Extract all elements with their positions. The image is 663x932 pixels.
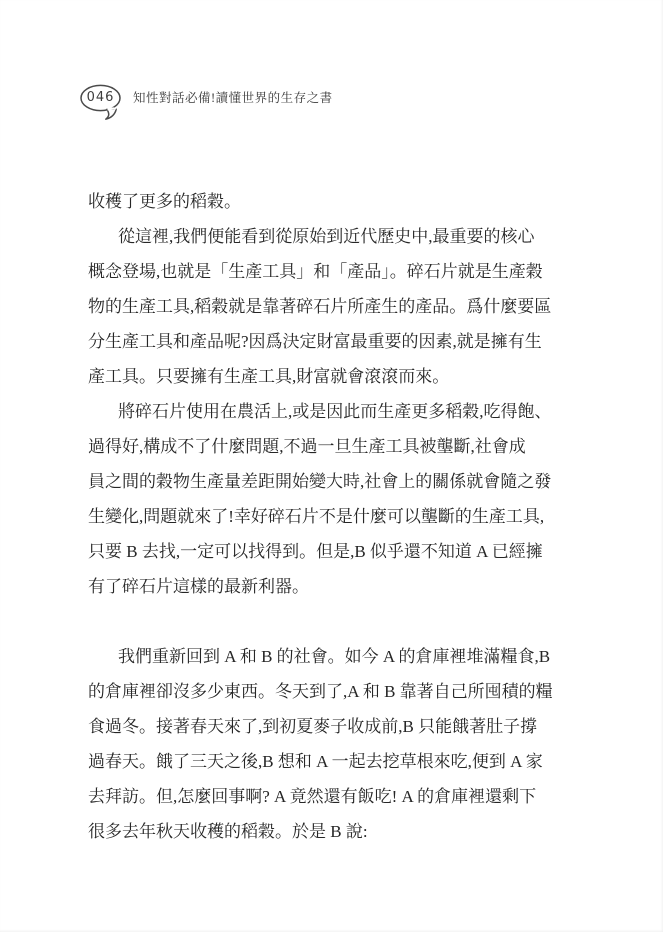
text-line: 概念登場,也就是「生產工具」和「產品」。碎石片就是生產穀 (88, 254, 598, 289)
text-line: 過得好,構成不了什麼問題,不過一旦生產工具被壟斷,社會成 (88, 429, 598, 464)
body-text: 收穫了更多的稻穀。 從這裡,我們便能看到從原始到近代歷史中,最重要的核心 概念登… (88, 184, 598, 849)
text-line: 的倉庫裡卻沒多少東西。冬天到了,A 和 B 靠著自己所囤積的糧 (88, 674, 598, 709)
text-line: 分生產工具和產品呢?因爲決定財富最重要的因素,就是擁有生 (88, 324, 598, 359)
text-line: 生變化,問題就來了!幸好碎石片不是什麼可以壟斷的生產工具, (88, 499, 598, 534)
book-title: 知性對話必備!讀懂世界的生存之書 (133, 84, 333, 112)
text-line: 產工具。只要擁有生產工具,財富就會滾滾而來。 (88, 359, 598, 394)
text-line: 我們重新回到 A 和 B 的社會。如今 A 的倉庫裡堆滿糧食,B (88, 639, 598, 674)
page-header: 046 知性對話必備!讀懂世界的生存之書 (80, 84, 333, 124)
paragraph-break (88, 604, 598, 639)
book-page: 046 知性對話必備!讀懂世界的生存之書 收穫了更多的稻穀。 從這裡,我們便能看… (0, 0, 663, 932)
text-line: 收穫了更多的稻穀。 (88, 184, 598, 219)
text-line: 食過冬。接著春天來了,到初夏麥子收成前,B 只能餓著肚子撐 (88, 709, 598, 744)
page-number: 046 (80, 85, 121, 111)
text-line: 過春天。餓了三天之後,B 想和 A 一起去挖草根來吃,便到 A 家 (88, 744, 598, 779)
text-line: 有了碎石片這樣的最新利器。 (88, 569, 598, 604)
text-line: 從這裡,我們便能看到從原始到近代歷史中,最重要的核心 (88, 219, 598, 254)
text-line: 員之間的穀物生產量差距開始變大時,社會上的關係就會隨之發 (88, 464, 598, 499)
text-line: 將碎石片使用在農活上,或是因此而生產更多稻穀,吃得飽、 (88, 394, 598, 429)
text-line: 很多去年秋天收穫的稻穀。於是 B 說: (88, 814, 598, 849)
text-line: 物的生產工具,稻穀就是靠著碎石片所產生的產品。爲什麼要區 (88, 289, 598, 324)
text-line: 去拜訪。但,怎麼回事啊? A 竟然還有飯吃! A 的倉庫裡還剩下 (88, 779, 598, 814)
page-number-bubble: 046 (80, 84, 126, 124)
text-line: 只要 B 去找,一定可以找得到。但是,B 似乎還不知道 A 已經擁 (88, 534, 598, 569)
